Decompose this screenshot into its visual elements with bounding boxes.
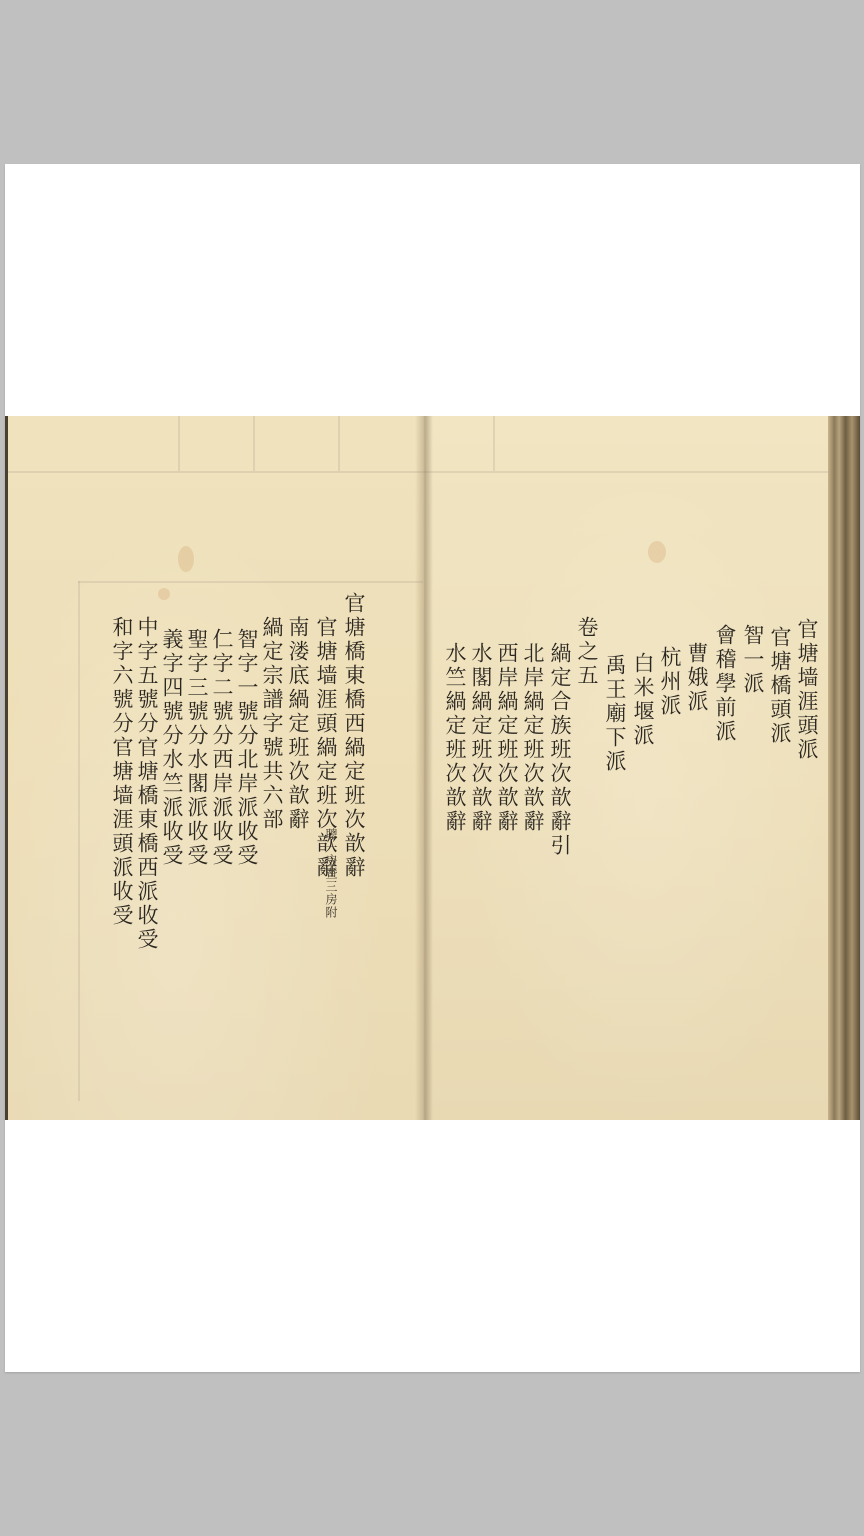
bleed-through-rule (78, 581, 423, 583)
paper-stain (158, 588, 170, 600)
text-column: 會稽學前派 (713, 624, 737, 744)
text-column: 聖字三號分水閣派收受 (185, 628, 209, 868)
bleed-through-rule (493, 416, 495, 471)
bleed-through-rule (78, 581, 80, 1101)
text-column: 官塘橋頭派 (768, 626, 792, 746)
bleed-through-rule (253, 416, 255, 471)
text-column: 北岸緺定班次歆辭 (521, 642, 545, 834)
text-column: 官塘橋東橋西緺定班次歆辭 (342, 592, 366, 880)
bleed-through-rule (423, 471, 828, 473)
volume-heading: 卷之五 (575, 616, 599, 688)
text-column: 水閣緺定班次歆辭 (469, 642, 493, 834)
text-column: 曹娥派 (685, 642, 709, 714)
document-viewer: 官塘橋東橋西緺定班次歆辭 官塘墙涯頭緺定班次歆辭 聰一房暨三房附 南溇底緺定班次… (0, 0, 864, 1536)
left-page: 官塘橋東橋西緺定班次歆辭 官塘墙涯頭緺定班次歆辭 聰一房暨三房附 南溇底緺定班次… (5, 416, 426, 1120)
text-column: 智一派 (741, 624, 765, 696)
text-column: 禹王廟下派 (603, 654, 627, 774)
bleed-through-rule (178, 416, 180, 471)
bleed-through-rule (338, 416, 340, 471)
text-column: 杭州派 (658, 646, 682, 718)
book-gutter (415, 416, 433, 1120)
text-column: 中字五號分官塘橋東橋西派收受 (135, 616, 159, 952)
text-column: 義字四號分水竺派收受 (160, 628, 184, 868)
text-column: 官塘墙涯頭派 (795, 618, 819, 762)
text-column: 和字六號分官塘墙涯頭派收受 (110, 616, 134, 928)
text-column: 緺定合族班次歆辭引 (548, 642, 572, 858)
text-column: 智字一號分北岸派收受 (235, 628, 259, 868)
text-column: 南溇底緺定班次歆辭 (286, 616, 310, 832)
text-column: 白米堰派 (631, 652, 655, 748)
right-page: 官塘墙涯頭派 官塘橋頭派 智一派 會稽學前派 曹娥派 杭州派 白米堰派 禹王廟下… (423, 416, 828, 1120)
bleed-through-rule (8, 471, 426, 473)
text-column: 緺定宗譜字號共六部 (260, 616, 284, 832)
paper-stain (178, 546, 194, 572)
paper-stain (648, 541, 666, 563)
text-column: 仁字二號分西岸派收受 (210, 628, 234, 868)
book-page-edges (828, 416, 860, 1120)
annotation-note: 聰一房暨三房附 (323, 828, 340, 919)
text-column: 西岸緺定班次歆辭 (495, 642, 519, 834)
book-scan: 官塘橋東橋西緺定班次歆辭 官塘墙涯頭緺定班次歆辭 聰一房暨三房附 南溇底緺定班次… (5, 416, 860, 1120)
text-column: 水竺緺定班次歆辭 (443, 642, 467, 834)
